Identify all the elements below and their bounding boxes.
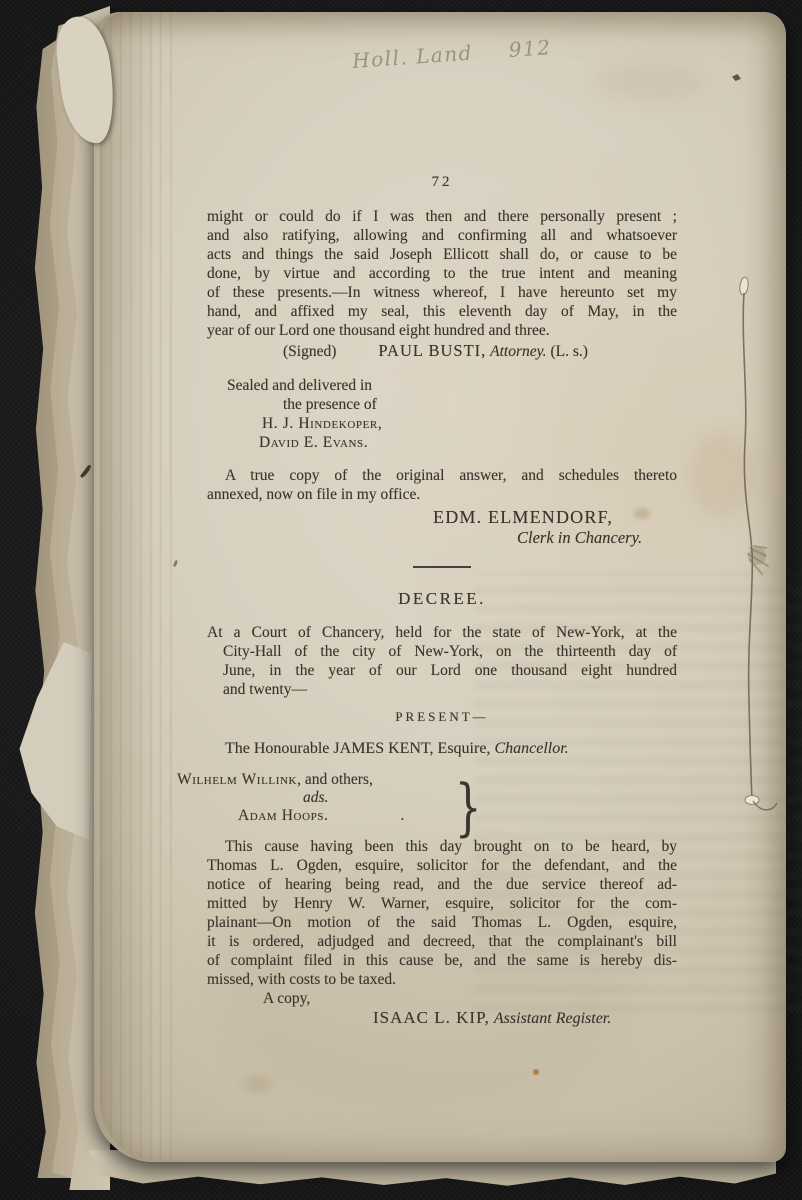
register-name: ISAAC L. KIP, (373, 1008, 490, 1027)
stray-period: . (401, 807, 405, 824)
plaintiff-rest: , and others, (297, 771, 373, 788)
text-line: City-Hall of the city of New-York, on th… (207, 642, 677, 661)
signer-title: Attorney. (490, 343, 546, 360)
text-line: This cause having been this day brought … (207, 837, 677, 856)
copy-attestation-line: A copy, (207, 989, 677, 1008)
text-line: acts and things the said Joseph Ellicott… (207, 245, 677, 264)
text-line: might or could do if I was then and ther… (207, 207, 677, 226)
text-line: annexed, now on file in my office. (207, 485, 677, 504)
annotation-number: 912 (508, 35, 552, 62)
text-line: and twenty— (207, 680, 677, 699)
text-line: hand, and affixed my seal, this eleventh… (207, 302, 677, 321)
clerk-signature-name: EDM. ELMENDORF, (207, 506, 677, 528)
witness-name: H. J. Hindekoper, (207, 414, 677, 433)
foxing-dot-bottom (533, 1069, 539, 1075)
text-line: of complaint filed in this cause be, and… (207, 951, 677, 970)
register-signature-line: ISAAC L. KIP, Assistant Register. (207, 1008, 677, 1029)
seal-mark: (L. s.) (550, 343, 587, 360)
paper-stain (690, 432, 754, 518)
signed-label: (Signed) (283, 343, 336, 360)
witness-line: Sealed and delivered in (207, 376, 677, 395)
text-line: June, in the year of our Lord one thousa… (207, 661, 677, 680)
judge-name: The Honourable JAMES KENT, Esquire, (225, 740, 490, 757)
plaintiff-name: Wilhelm Willink (177, 771, 297, 788)
printed-text-block: might or could do if I was then and ther… (207, 207, 677, 1029)
text-line: notice of hearing being read, and the du… (207, 875, 677, 894)
witness-name: David E. Evans. (207, 433, 677, 452)
witness-line: the presence of (207, 395, 677, 414)
clerk-signature-title: Clerk in Chancery. (207, 528, 677, 548)
caption-brace: } (455, 765, 481, 849)
paper-stain (244, 1076, 272, 1092)
section-divider-rule (413, 566, 471, 568)
present-label: PRESENT— (207, 709, 677, 725)
plaintiff-line: Wilhelm Willink, and others, (177, 771, 677, 789)
presiding-judge-line: The Honourable JAMES KENT, Esquire, Chan… (207, 739, 677, 759)
paper-stain (594, 62, 704, 102)
page-number: 72 (207, 174, 677, 191)
torn-paper-flap-left (18, 642, 92, 840)
signer-name: PAUL BUSTI, (378, 341, 486, 360)
judge-title: Chancellor. (494, 740, 568, 757)
defendant-line: Adam Hoops.. (207, 807, 677, 825)
text-line: At a Court of Chancery, held for the sta… (207, 623, 677, 642)
text-line: missed, with costs to be taxed. (207, 970, 677, 989)
defendant-name: Adam Hoops. (238, 807, 329, 824)
versus-label: ads. (207, 789, 677, 807)
text-line: year of our Lord one thousand eight hund… (207, 321, 677, 340)
court-session-paragraph: At a Court of Chancery, held for the sta… (207, 623, 677, 699)
text-line: it is ordered, adjudged and decreed, tha… (207, 932, 677, 951)
page-gutter-texture (100, 12, 172, 1162)
text-line: Thomas L. Ogden, esquire, solicitor for … (207, 856, 677, 875)
witness-block: Sealed and delivered in the presence of … (207, 376, 677, 452)
text-line: mitted by Henry W. Warner, esquire, soli… (207, 894, 677, 913)
text-line: A true copy of the original answer, and … (207, 466, 677, 485)
certification-paragraph: A true copy of the original answer, and … (207, 466, 677, 504)
signature-line-busti: (Signed)PAUL BUSTI, Attorney. (L. s.) (207, 341, 677, 362)
decree-body-paragraph: This cause having been this day brought … (207, 837, 677, 989)
text-line: plainant—On motion of the said Thomas L.… (207, 913, 677, 932)
scanned-book-page-photo: Holl. Land 912 72 might or could do if I… (0, 0, 802, 1200)
answer-continuation-paragraph: might or could do if I was then and ther… (207, 207, 677, 340)
decree-heading: DECREE. (207, 588, 677, 610)
text-line: and also ratifying, allowing and confirm… (207, 226, 677, 245)
text-line: of these presents.—In witness whereof, I… (207, 283, 677, 302)
case-caption: Wilhelm Willink, and others, ads. Adam H… (207, 771, 677, 825)
text-line: done, by virtue and according to the tru… (207, 264, 677, 283)
register-title: Assistant Register. (494, 1010, 611, 1027)
